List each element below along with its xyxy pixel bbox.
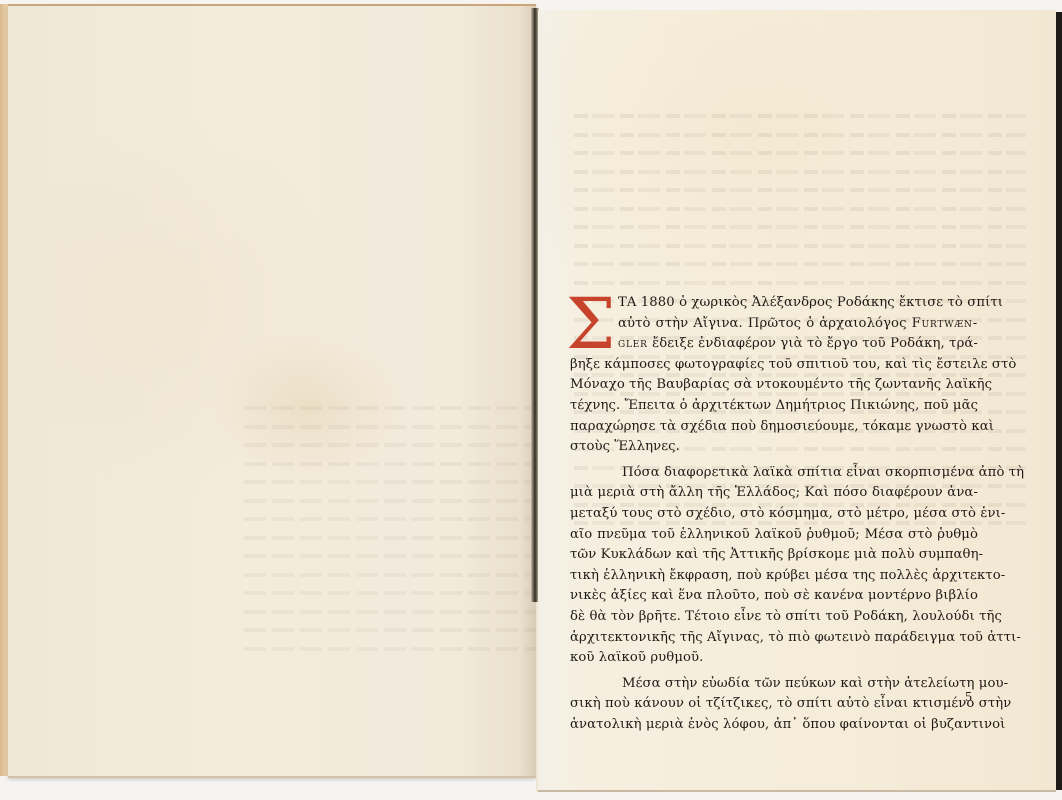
text-line: τῶν Κυκλάδων καὶ τῆς Ἀττικῆς βρίσκομε μι…: [570, 545, 978, 566]
text-line: τέχνης. Ἔπειτα ὁ ἀρχιτέκτων Δημήτριος Πι…: [570, 396, 978, 417]
body-text: Σ ΤΑ 1880 ὁ χωρικὸς Ἀλέξανδρος Ροδάκης ἔ…: [570, 293, 978, 735]
text-line: παραχώρησε τὰ σχέδια ποὺ δημοσιεύουμε, τ…: [570, 417, 978, 438]
text-line: Πόσα διαφορετικὰ λαϊκὰ σπίτια εἶναι σκορ…: [570, 463, 978, 484]
scan-border-right: [1056, 12, 1062, 790]
text-line: κοῦ λαϊκοῦ ρυθμοῦ.: [570, 648, 978, 669]
text-line: ἀρχιτεκτονικῆς τῆς Αἴγινας, τὸ πιὸ φωτει…: [570, 628, 978, 649]
text-line: δὲ θὰ τὸν βρῆτε. Τέτοιο εἶνε τὸ σπίτι το…: [570, 607, 978, 628]
text-line: τικὴ ἑλληνικὴ ἔκφραση, ποὺ κρύβει μέσα τ…: [570, 566, 978, 587]
text-line: νικὲς ἀξίες καὶ ἕνα πλοῦτο, ποὺ σὲ κανέν…: [570, 586, 978, 607]
text-line: αὐτὸ στὴν Αἴγινα. Πρῶτος ὁ ἀρχαιολόγος F…: [570, 314, 978, 335]
text-line: μεταξύ τους στὸ σχέδιο, στὸ κόσμημα, στὸ…: [570, 504, 978, 525]
text-line: στοὺς Ἕλληνες.: [570, 437, 978, 458]
text-line: ἀνατολικὴ μεριὰ ἑνὸς λόφου, ἀπ᾿ ὅπου φαί…: [570, 715, 978, 736]
left-page-blank: [8, 4, 536, 778]
page-number: 5: [965, 690, 972, 706]
text-line: Μόναχο τῆς Βαυβαρίας σὰ ντοκουμέντο τῆς …: [570, 375, 978, 396]
text-line: βηξε κάμποσες φωτογραφίες τοῦ σπιτιοῦ το…: [570, 355, 978, 376]
paragraph-3: Μέσα στὴν εὐωδία τῶν πεύκων καὶ στὴν ἀτε…: [570, 674, 978, 736]
name-furtwaengler: Furtwæn-: [912, 316, 978, 331]
text-line: αῖο πνεῦμα τοῦ ἑλληνικοῦ λαϊκοῦ ῥυθμοῦ; …: [570, 525, 978, 546]
text-line: σικὴ ποὺ κάνουν οἱ τζίτζικες, τὸ σπίτι α…: [570, 694, 978, 715]
paragraph-1: ΤΑ 1880 ὁ χωρικὸς Ἀλέξανδρος Ροδάκης ἔκτ…: [570, 293, 978, 458]
drop-cap-sigma: Σ: [566, 295, 616, 353]
text-line: μιὰ μεριὰ στὴ ἄλλη τῆς Ἑλλάδος; Καὶ πόσο…: [570, 483, 978, 504]
left-page-showthrough: [244, 406, 544, 665]
text-line: ΤΑ 1880 ὁ χωρικὸς Ἀλέξανδρος Ροδάκης ἔκτ…: [570, 293, 978, 314]
book-spread-scan: Σ ΤΑ 1880 ὁ χωρικὸς Ἀλέξανδρος Ροδάκης ἔ…: [0, 0, 1062, 800]
text-line: Μέσα στὴν εὐωδία τῶν πεύκων καὶ στὴν ἀτε…: [570, 674, 978, 695]
paragraph-2: Πόσα διαφορετικὰ λαϊκὰ σπίτια εἶναι σκορ…: [570, 463, 978, 669]
text-line: gler ἔδειξε ἐνδιαφέρον γιὰ τὸ ἔργο τοῦ Ρ…: [570, 334, 978, 355]
